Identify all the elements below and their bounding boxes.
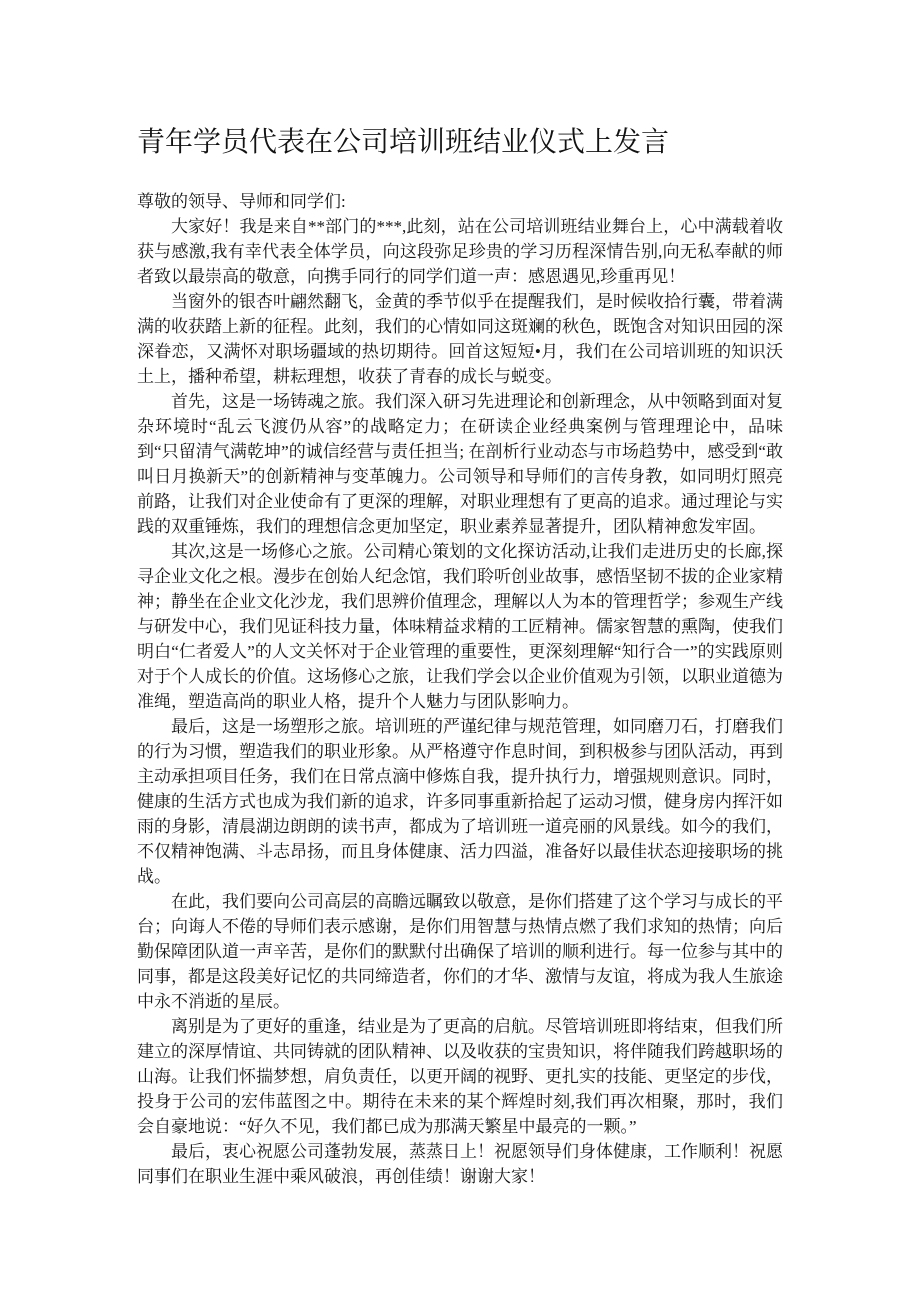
paragraph-closing-wishes: 最后，衷心祝愿公司蓬勃发展，蒸蒸日上！祝愿领导们身体健康，工作顺利！祝愿同事们在… xyxy=(137,1139,783,1189)
document-page: 青年学员代表在公司培训班结业仪式上发言 尊敬的领导、导师和同学们: 大家好！我是… xyxy=(0,0,920,1301)
paragraph-gratitude: 在此，我们要向公司高层的高瞻远瞩致以敬意，是你们搭建了这个学习与成长的平台；向诲… xyxy=(137,889,783,1014)
document-title: 青年学员代表在公司培训班结业仪式上发言 xyxy=(137,124,783,162)
paragraph-shaping-journey: 最后，这是一场塑形之旅。培训班的严谨纪律与规范管理，如同磨刀石，打磨我们的行为习… xyxy=(137,714,783,889)
paragraph-soul-forging-journey: 首先，这是一场铸魂之旅。我们深入研习先进理论和创新理念，从中领略到面对复杂环境时… xyxy=(137,389,783,539)
paragraph-greeting: 大家好！我是来自**部门的***,此刻，站在公司培训班结业舞台上，心中满载着收获… xyxy=(137,214,783,289)
paragraph-heart-cultivation-journey: 其次,这是一场修心之旅。公司精心策划的文化探访活动,让我们走进历史的长廊,探寻企… xyxy=(137,539,783,714)
paragraph-farewell-outlook: 离别是为了更好的重逢，结业是为了更高的启航。尽管培训班即将结束，但我们所建立的深… xyxy=(137,1014,783,1139)
document-body: 尊敬的领导、导师和同学们: 大家好！我是来自**部门的***,此刻，站在公司培训… xyxy=(137,189,783,1189)
paragraph-autumn-reflection: 当窗外的银杏叶翩然翻飞，金黄的季节似乎在提醒我们，是时候收拾行囊，带着满满的收获… xyxy=(137,289,783,389)
salutation-line: 尊敬的领导、导师和同学们: xyxy=(137,189,783,214)
